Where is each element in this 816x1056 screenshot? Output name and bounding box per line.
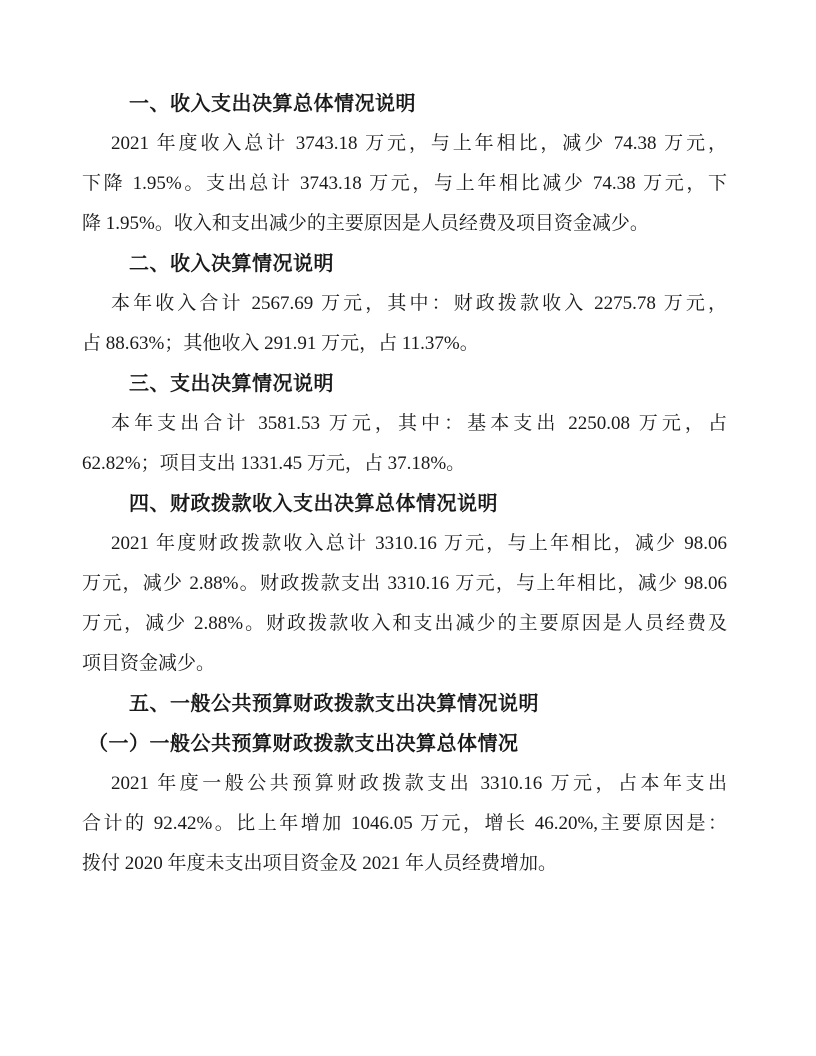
section-1-paragraph-line: 下降 1.95%。支出总计 3743.18 万元，与上年相比减少 74.38 万… (82, 164, 727, 204)
section-5-heading: 五、一般公共预算财政拨款支出决算情况说明 (82, 684, 727, 724)
section-5-subheading: （一）一般公共预算财政拨款支出决算总体情况 (82, 724, 727, 764)
section-5-paragraph-line: 拨付 2020 年度未支出项目资金及 2021 年人员经费增加。 (82, 844, 727, 884)
section-1-paragraph-line: 降 1.95%。收入和支出减少的主要原因是人员经费及项目资金减少。 (82, 204, 727, 244)
section-3-heading: 三、支出决算情况说明 (82, 364, 727, 404)
section-3-paragraph-line: 62.82%；项目支出 1331.45 万元，占 37.18%。 (82, 444, 727, 484)
section-2-paragraph-line: 占 88.63%；其他收入 291.91 万元，占 11.37%。 (82, 324, 727, 364)
document-page: 一、收入支出决算总体情况说明 2021 年度收入总计 3743.18 万元，与上… (0, 0, 816, 1056)
section-1-paragraph-line: 2021 年度收入总计 3743.18 万元，与上年相比，减少 74.38 万元… (82, 124, 727, 164)
section-4-paragraph-line: 万元，减少 2.88%。财政拨款支出 3310.16 万元，与上年相比，减少 9… (82, 564, 727, 604)
section-4-paragraph-line: 2021 年度财政拨款收入总计 3310.16 万元，与上年相比，减少 98.0… (82, 524, 727, 564)
section-2-paragraph-line: 本年收入合计 2567.69 万元，其中：财政拨款收入 2275.78 万元， (82, 284, 727, 324)
section-4-heading: 四、财政拨款收入支出决算总体情况说明 (82, 484, 727, 524)
section-1-heading: 一、收入支出决算总体情况说明 (82, 84, 727, 124)
section-5-paragraph-line: 合计的 92.42%。比上年增加 1046.05 万元，增长 46.20%,主要… (82, 804, 727, 844)
section-2-heading: 二、收入决算情况说明 (82, 244, 727, 284)
section-4-paragraph-line: 项目资金减少。 (82, 644, 727, 684)
section-3-paragraph-line: 本年支出合计 3581.53 万元，其中：基本支出 2250.08 万元，占 (82, 404, 727, 444)
section-5-paragraph-line: 2021 年度一般公共预算财政拨款支出 3310.16 万元，占本年支出 (82, 764, 727, 804)
section-4-paragraph-line: 万元，减少 2.88%。财政拨款收入和支出减少的主要原因是人员经费及 (82, 604, 727, 644)
document-body: 一、收入支出决算总体情况说明 2021 年度收入总计 3743.18 万元，与上… (82, 84, 727, 884)
